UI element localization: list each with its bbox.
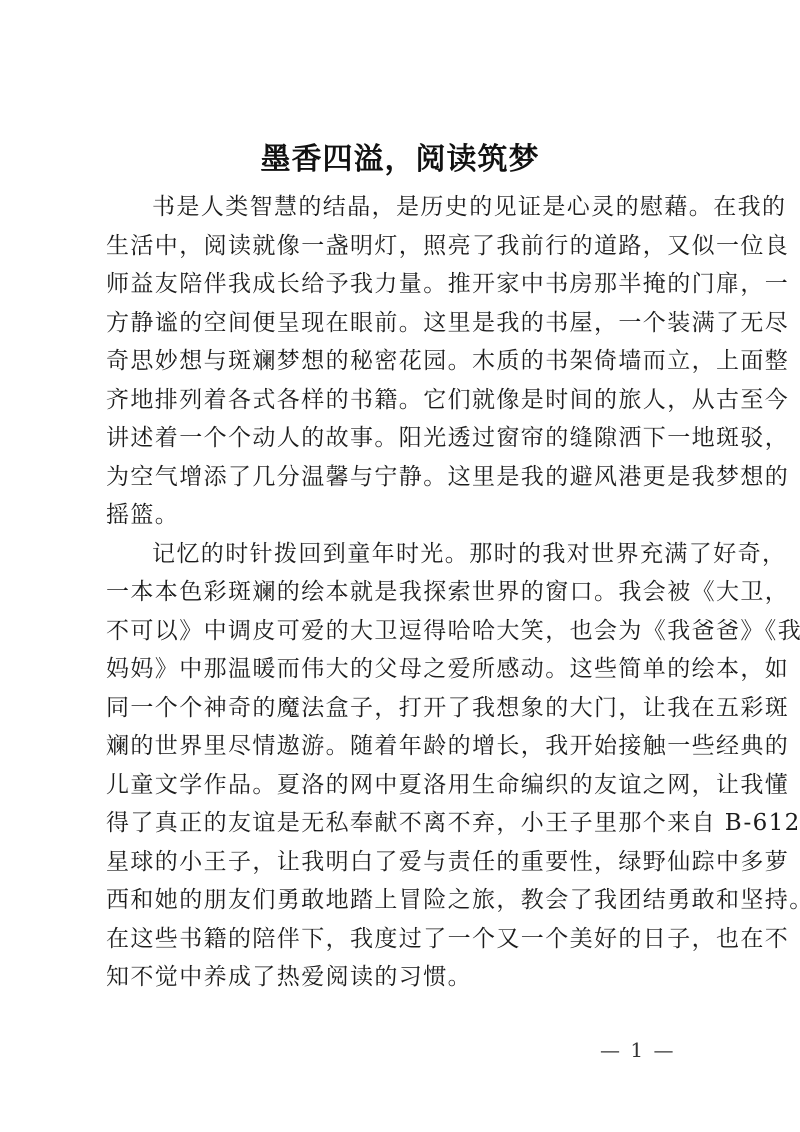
text-line: 摇篮。 (106, 496, 702, 535)
text-line: 得了真正的友谊是无私奉献不离不弃，小王子里那个来自 B-612 (106, 804, 702, 843)
text-line: 妈妈》中那温暖而伟大的父母之爱所感动。这些简单的绘本，如 (106, 650, 702, 689)
text-line: 星球的小王子，让我明白了爱与责任的重要性，绿野仙踪中多萝 (106, 843, 702, 882)
paragraph-2: 记忆的时针拨回到童年时光。那时的我对世界充满了好奇， 一本本色彩斑斓的绘本就是我… (106, 535, 702, 997)
document-title: 墨香四溢，阅读筑梦 (0, 140, 800, 180)
paragraph-1: 书是人类智慧的结晶，是历史的见证是心灵的慰藉。在我的 生活中，阅读就像一盏明灯，… (106, 188, 702, 535)
text-line: 同一个个神奇的魔法盒子，打开了我想象的大门，让我在五彩斑 (106, 689, 702, 728)
text-line: 书是人类智慧的结晶，是历史的见证是心灵的慰藉。在我的 (106, 188, 702, 227)
text-line: 生活中，阅读就像一盏明灯，照亮了我前行的道路，又似一位良 (106, 227, 702, 266)
text-line: 奇思妙想与斑斓梦想的秘密花园。木质的书架倚墙而立，上面整 (106, 342, 702, 381)
text-line: 师益友陪伴我成长给予我力量。推开家中书房那半掩的门扉，一 (106, 265, 702, 304)
text-line: 一本本色彩斑斓的绘本就是我探索世界的窗口。我会被《大卫， (106, 573, 702, 612)
text-line: 记忆的时针拨回到童年时光。那时的我对世界充满了好奇， (106, 535, 702, 574)
document-body: 书是人类智慧的结晶，是历史的见证是心灵的慰藉。在我的 生活中，阅读就像一盏明灯，… (106, 188, 702, 997)
text-line: 西和她的朋友们勇敢地踏上冒险之旅，教会了我团结勇敢和坚持。 (106, 881, 702, 920)
text-line: 在这些书籍的陪伴下，我度过了一个又一个美好的日子，也在不 (106, 920, 702, 959)
text-line: 不可以》中调皮可爱的大卫逗得哈哈大笑，也会为《我爸爸》《我 (106, 612, 702, 651)
page-number: — 1 — (600, 1038, 675, 1062)
text-line: 斓的世界里尽情遨游。随着年龄的增长，我开始接触一些经典的 (106, 727, 702, 766)
document-page: 墨香四溢，阅读筑梦 书是人类智慧的结晶，是历史的见证是心灵的慰藉。在我的 生活中… (0, 0, 800, 1132)
text-line: 齐地排列着各式各样的书籍。它们就像是时间的旅人，从古至今 (106, 381, 702, 420)
text-line: 为空气增添了几分温馨与宁静。这里是我的避风港更是我梦想的 (106, 458, 702, 497)
text-line: 讲述着一个个动人的故事。阳光透过窗帘的缝隙洒下一地斑驳， (106, 419, 702, 458)
text-line: 知不觉中养成了热爱阅读的习惯。 (106, 958, 702, 997)
text-line: 儿童文学作品。夏洛的网中夏洛用生命编织的友谊之网，让我懂 (106, 766, 702, 805)
text-line: 方静谧的空间便呈现在眼前。这里是我的书屋，一个装满了无尽 (106, 304, 702, 343)
